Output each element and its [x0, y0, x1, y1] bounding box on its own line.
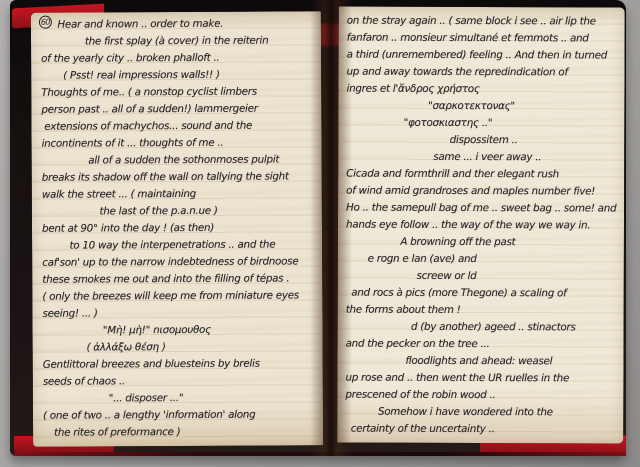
handwritten-line: Hear and known .. order to make.: [41, 15, 315, 33]
cover-bottom-edge: [14, 452, 626, 456]
handwritten-line: Ho .. the samepull bag of me .. sweet ba…: [346, 200, 618, 218]
handwritten-line: extensions of machychos... sound and the: [41, 117, 315, 135]
handwritten-line: e rogn e lan (ave) and: [346, 251, 618, 269]
handwritten-line: ingres et l'ἄνδρος χρήστος: [346, 81, 618, 99]
notebook-page-right: on the stray again .. ( same block i see…: [337, 7, 625, 444]
handwritten-line: and rocs à pics (more Thegone) a scaling…: [346, 285, 618, 303]
handwritten-line: breaks its shadow off the wall on tallyi…: [42, 168, 316, 186]
handwriting-right-page: on the stray again .. ( same block i see…: [345, 13, 618, 439]
photo-scene: 60 Hear and known .. order to make.the f…: [0, 0, 640, 467]
handwritten-line: a third (unremembered) feeling .. And th…: [347, 47, 619, 65]
handwritten-line: dispossitem ..: [346, 132, 618, 150]
handwritten-line: Gentlittoral breezes and bluesteins by b…: [43, 355, 317, 373]
handwritten-line: on the stray again .. ( same block i see…: [347, 13, 619, 31]
handwritten-line: ( only the breezes will keep me from min…: [42, 287, 316, 305]
handwritten-line: A browning off the past: [346, 234, 618, 252]
handwritten-line: to 10 way the interpenetrations .. and t…: [42, 236, 316, 254]
handwritten-line: certainty of the uncertainty ..: [345, 421, 617, 439]
notebook-cover: 60 Hear and known .. order to make.the f…: [10, 0, 626, 456]
handwriting-left-page: Hear and known .. order to make.the firs…: [41, 15, 317, 441]
handwritten-line: up rose and .. then went the UR ruelles …: [345, 370, 617, 388]
handwritten-line: and the pecker on the tree ...: [346, 336, 618, 354]
handwritten-line: caf'son' up to the narrow indebtedness o…: [42, 253, 316, 271]
handwritten-line: ( Psst! real impressions walls!! ): [41, 66, 315, 84]
handwritten-line: d (by another) ageed .. stinactors: [346, 319, 618, 337]
handwritten-line: "... disposer ...": [43, 389, 317, 407]
handwritten-line: screew or ld: [346, 268, 618, 286]
handwritten-line: Thoughts of me.. ( a nonstop cyclist lim…: [41, 83, 315, 101]
handwritten-line: the first splay (à cover) in the reiteri…: [41, 32, 315, 50]
handwritten-line: bent at 90° into the day ! (as then): [42, 219, 316, 237]
handwritten-line: prescened of the robin wood ..: [345, 387, 617, 405]
handwritten-line: up and away towards the repredindication…: [347, 64, 619, 82]
handwritten-line: the forms about them !: [346, 302, 618, 320]
handwritten-line: incontinents of it ... thoughts of me ..: [42, 134, 316, 152]
handwritten-line: floodlights and ahead: weasel: [345, 353, 617, 371]
handwritten-line: ( ἀλλάξω θέση ): [43, 338, 317, 356]
handwritten-line: the last of the p.a.n.ue ): [42, 202, 316, 220]
handwritten-line: ( one of two .. a lengthy 'information' …: [43, 406, 317, 424]
handwritten-line: same ... i veer away ..: [346, 149, 618, 167]
handwritten-line: of wind amid grandroses and maples numbe…: [346, 183, 618, 201]
handwritten-line: "φοτοσκιαστης ..": [346, 115, 618, 133]
handwritten-line: fanfaron .. monsieur simultané et femmot…: [347, 30, 619, 48]
handwritten-line: all of a sudden the sothonmoses pulpit: [42, 151, 316, 169]
handwritten-line: seeds of chaos ..: [43, 372, 317, 390]
handwritten-line: of the yearly city .. broken phalloft ..: [41, 49, 315, 67]
handwritten-line: "Μὴ! μὴ!" nισομουθος: [42, 321, 316, 339]
handwritten-line: the rites of preformance ): [43, 423, 317, 441]
handwritten-line: Somehow i have wondered into the: [345, 404, 617, 422]
handwritten-line: "σαρκοτεκτονας": [346, 98, 618, 116]
handwritten-line: Cicada and formthrill and ther elegant r…: [346, 166, 618, 184]
handwritten-line: seeing! ... ): [42, 304, 316, 322]
handwritten-line: person past .. all of a sudden!) lammerg…: [41, 100, 315, 118]
handwritten-line: hands eye follow .. the way of the way w…: [346, 217, 618, 235]
notebook-page-left: 60 Hear and known .. order to make.the f…: [31, 11, 323, 447]
handwritten-line: walk the street ... ( maintaining: [42, 185, 316, 203]
handwritten-line: these smokes me out and into the filling…: [42, 270, 316, 288]
